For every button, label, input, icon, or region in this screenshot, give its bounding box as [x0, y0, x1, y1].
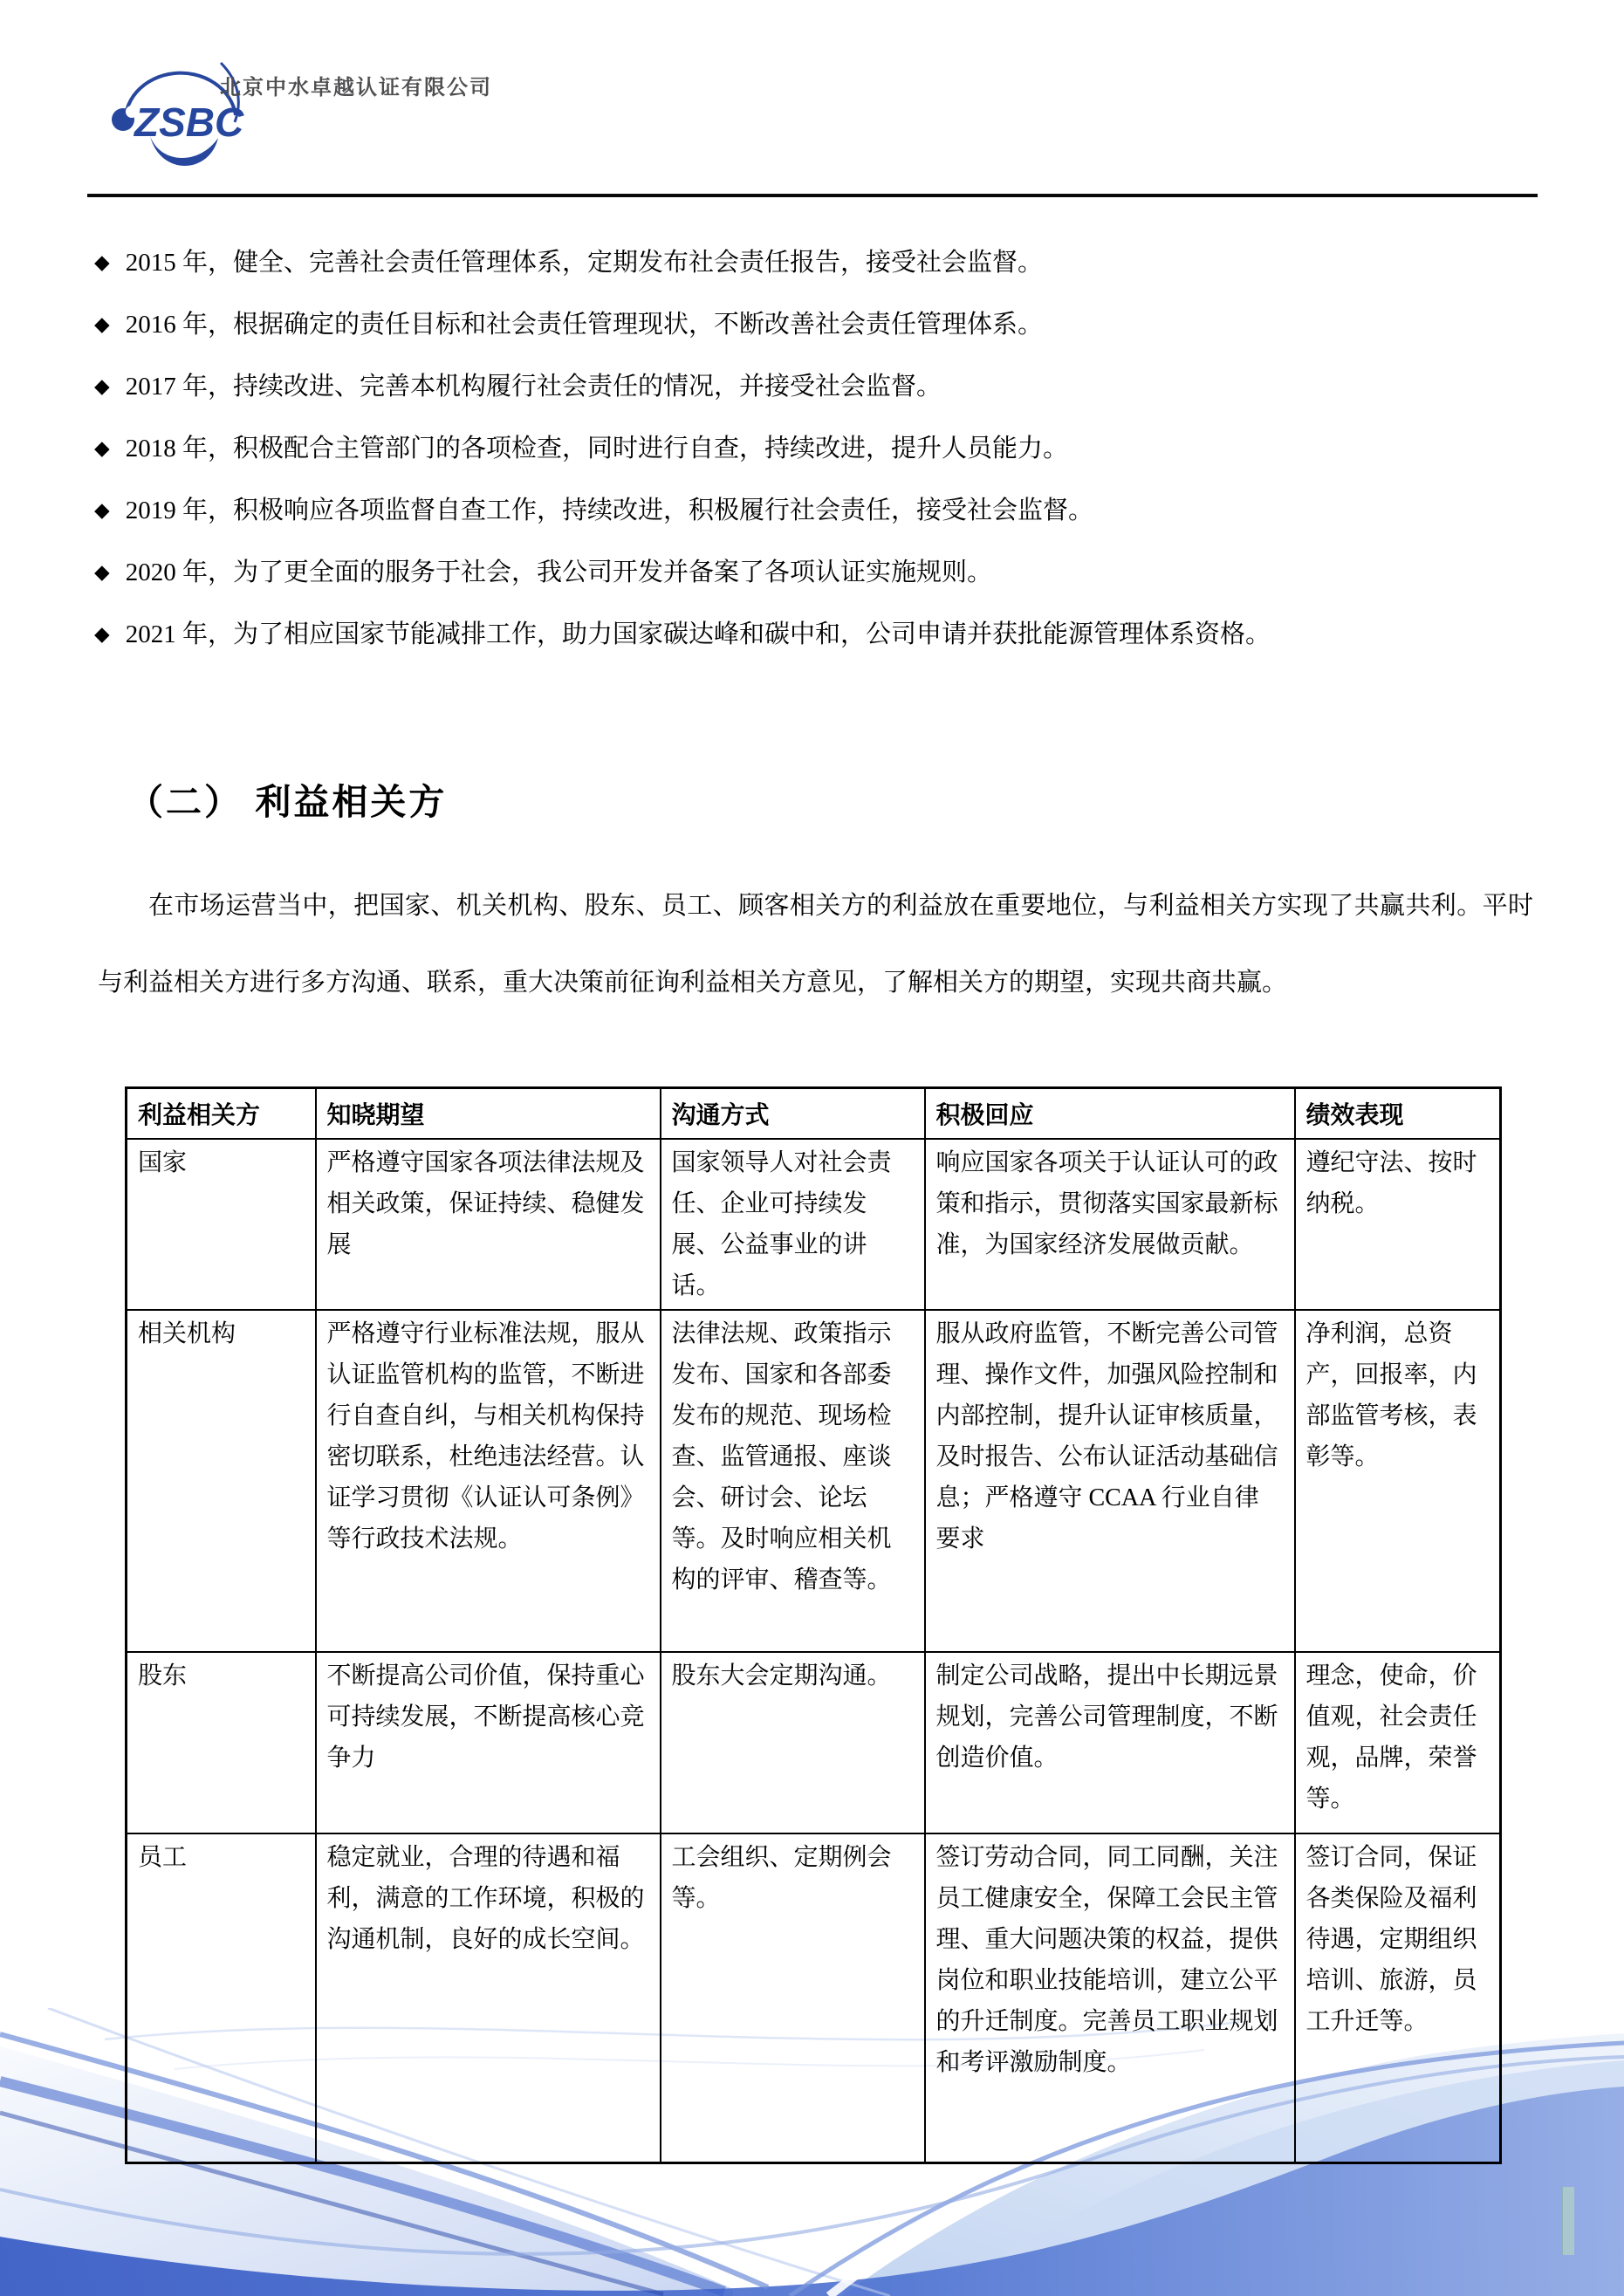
col-header-communication: 沟通方式	[661, 1088, 925, 1140]
section-heading: （二） 利益相关方	[127, 773, 447, 825]
logo-text: ZSBC	[133, 99, 244, 145]
diamond-bullet-icon: ◆	[94, 418, 110, 480]
col-header-response: 积极回应	[925, 1088, 1295, 1140]
cell-expectation: 不断提高公司价值，保持重心可持续发展，不断提高核心竞争力	[316, 1652, 661, 1833]
list-item: ◆2020 年，为了更全面的服务于社会，我公司开发并备案了各项认证实施规则。	[94, 542, 1538, 604]
header-divider	[87, 194, 1538, 197]
list-item: ◆2021 年，为了相应国家节能减排工作，助力国家碳达峰和碳中和，公司申请并获批…	[94, 604, 1538, 666]
cell-expectation: 严格遵守行业标准法规，服从认证监管机构的监管，不断进行自查自纠，与相关机构保持密…	[316, 1310, 661, 1652]
timeline-item-text: 2020 年，为了更全面的服务于社会，我公司开发并备案了各项认证实施规则。	[126, 542, 1538, 604]
cell-response: 签订劳动合同，同工同酬，关注员工健康安全，保障工会民主管理、重大问题决策的权益，…	[925, 1833, 1295, 2162]
cell-communication: 股东大会定期沟通。	[661, 1652, 925, 1833]
cell-stakeholder: 股东	[127, 1652, 316, 1833]
cell-response: 制定公司战略，提出中长期远景规划，完善公司管理制度，不断创造价值。	[925, 1652, 1295, 1833]
col-header-expectation: 知晓期望	[316, 1088, 661, 1140]
cell-communication: 国家领导人对社会责任、企业可持续发展、公益事业的讲话。	[661, 1139, 925, 1310]
timeline-item-text: 2021 年，为了相应国家节能减排工作，助力国家碳达峰和碳中和，公司申请并获批能…	[126, 604, 1538, 666]
list-item: ◆2019 年，积极响应各项监督自查工作，持续改进，积极履行社会责任，接受社会监…	[94, 480, 1538, 542]
diamond-bullet-icon: ◆	[94, 232, 110, 294]
col-header-performance: 绩效表现	[1295, 1088, 1501, 1140]
company-name: 北京中水卓越认证有限公司	[220, 70, 492, 100]
timeline-item-text: 2015 年，健全、完善社会责任管理体系，定期发布社会责任报告，接受社会监督。	[126, 232, 1538, 294]
table-row: 国家 严格遵守国家各项法律法规及相关政策，保证持续、稳健发展 国家领导人对社会责…	[127, 1139, 1501, 1310]
cell-response: 响应国家各项关于认证认可的政策和指示，贯彻落实国家最新标准，为国家经济发展做贡献…	[925, 1139, 1295, 1310]
list-item: ◆2017 年，持续改进、完善本机构履行社会责任的情况，并接受社会监督。	[94, 356, 1538, 418]
stakeholder-table: 利益相关方 知晓期望 沟通方式 积极回应 绩效表现 国家 严格遵守国家各项法律法…	[125, 1086, 1502, 2164]
intro-paragraph: 在市场运营当中，把国家、机关机构、股东、员工、顾客相关方的利益放在重要地位，与利…	[98, 867, 1533, 1021]
cell-response: 服从政府监管，不断完善公司管理、操作文件，加强风险控制和内部控制，提升认证审核质…	[925, 1310, 1295, 1652]
diamond-bullet-icon: ◆	[94, 294, 110, 356]
list-item: ◆2015 年，健全、完善社会责任管理体系，定期发布社会责任报告，接受社会监督。	[94, 232, 1538, 294]
timeline-item-text: 2018 年，积极配合主管部门的各项检查，同时进行自查，持续改进，提升人员能力。	[126, 418, 1538, 480]
timeline-item-text: 2019 年，积极响应各项监督自查工作，持续改进，积极履行社会责任，接受社会监督…	[126, 480, 1538, 542]
cell-performance: 理念，使命，价值观，社会责任观，品牌，荣誉等。	[1295, 1652, 1501, 1833]
cell-communication: 工会组织、定期例会等。	[661, 1833, 925, 2162]
timeline-list: ◆2015 年，健全、完善社会责任管理体系，定期发布社会责任报告，接受社会监督。…	[94, 232, 1538, 666]
cell-stakeholder: 员工	[127, 1833, 316, 2162]
cell-performance: 签订合同，保证各类保险及福利待遇，定期组织培训、旅游，员工升迁等。	[1295, 1833, 1501, 2162]
cell-expectation: 严格遵守国家各项法律法规及相关政策，保证持续、稳健发展	[316, 1139, 661, 1310]
diamond-bullet-icon: ◆	[94, 604, 110, 666]
table-row: 员工 稳定就业，合理的待遇和福利，满意的工作环境，积极的沟通机制，良好的成长空间…	[127, 1833, 1501, 2162]
timeline-item-text: 2016 年，根据确定的责任目标和社会责任管理现状，不断改善社会责任管理体系。	[126, 294, 1538, 356]
list-item: ◆2018 年，积极配合主管部门的各项检查，同时进行自查，持续改进，提升人员能力…	[94, 418, 1538, 480]
list-item: ◆2016 年，根据确定的责任目标和社会责任管理现状，不断改善社会责任管理体系。	[94, 294, 1538, 356]
right-edge-accent-bar	[1561, 2187, 1574, 2255]
diamond-bullet-icon: ◆	[94, 480, 110, 542]
cell-communication: 法律法规、政策指示发布、国家和各部委发布的规范、现场检查、监管通报、座谈会、研讨…	[661, 1310, 925, 1652]
cell-performance: 遵纪守法、按时纳税。	[1295, 1139, 1501, 1310]
cell-stakeholder: 相关机构	[127, 1310, 316, 1652]
cell-expectation: 稳定就业，合理的待遇和福利，满意的工作环境，积极的沟通机制，良好的成长空间。	[316, 1833, 661, 2162]
table-row: 相关机构 严格遵守行业标准法规，服从认证监管机构的监管，不断进行自查自纠，与相关…	[127, 1310, 1501, 1652]
document-page: ZSBC 北京中水卓越认证有限公司 ◆2015 年，健全、完善社会责任管理体系，…	[0, 0, 1624, 2296]
cell-performance: 净利润，总资产，回报率，内部监管考核，表彰等。	[1295, 1310, 1501, 1652]
diamond-bullet-icon: ◆	[94, 356, 110, 418]
table-row: 股东 不断提高公司价值，保持重心可持续发展，不断提高核心竞争力 股东大会定期沟通…	[127, 1652, 1501, 1833]
col-header-stakeholder: 利益相关方	[127, 1088, 316, 1140]
timeline-item-text: 2017 年，持续改进、完善本机构履行社会责任的情况，并接受社会监督。	[126, 356, 1538, 418]
cell-stakeholder: 国家	[127, 1139, 316, 1310]
table-header-row: 利益相关方 知晓期望 沟通方式 积极回应 绩效表现	[127, 1088, 1501, 1140]
diamond-bullet-icon: ◆	[94, 542, 110, 604]
